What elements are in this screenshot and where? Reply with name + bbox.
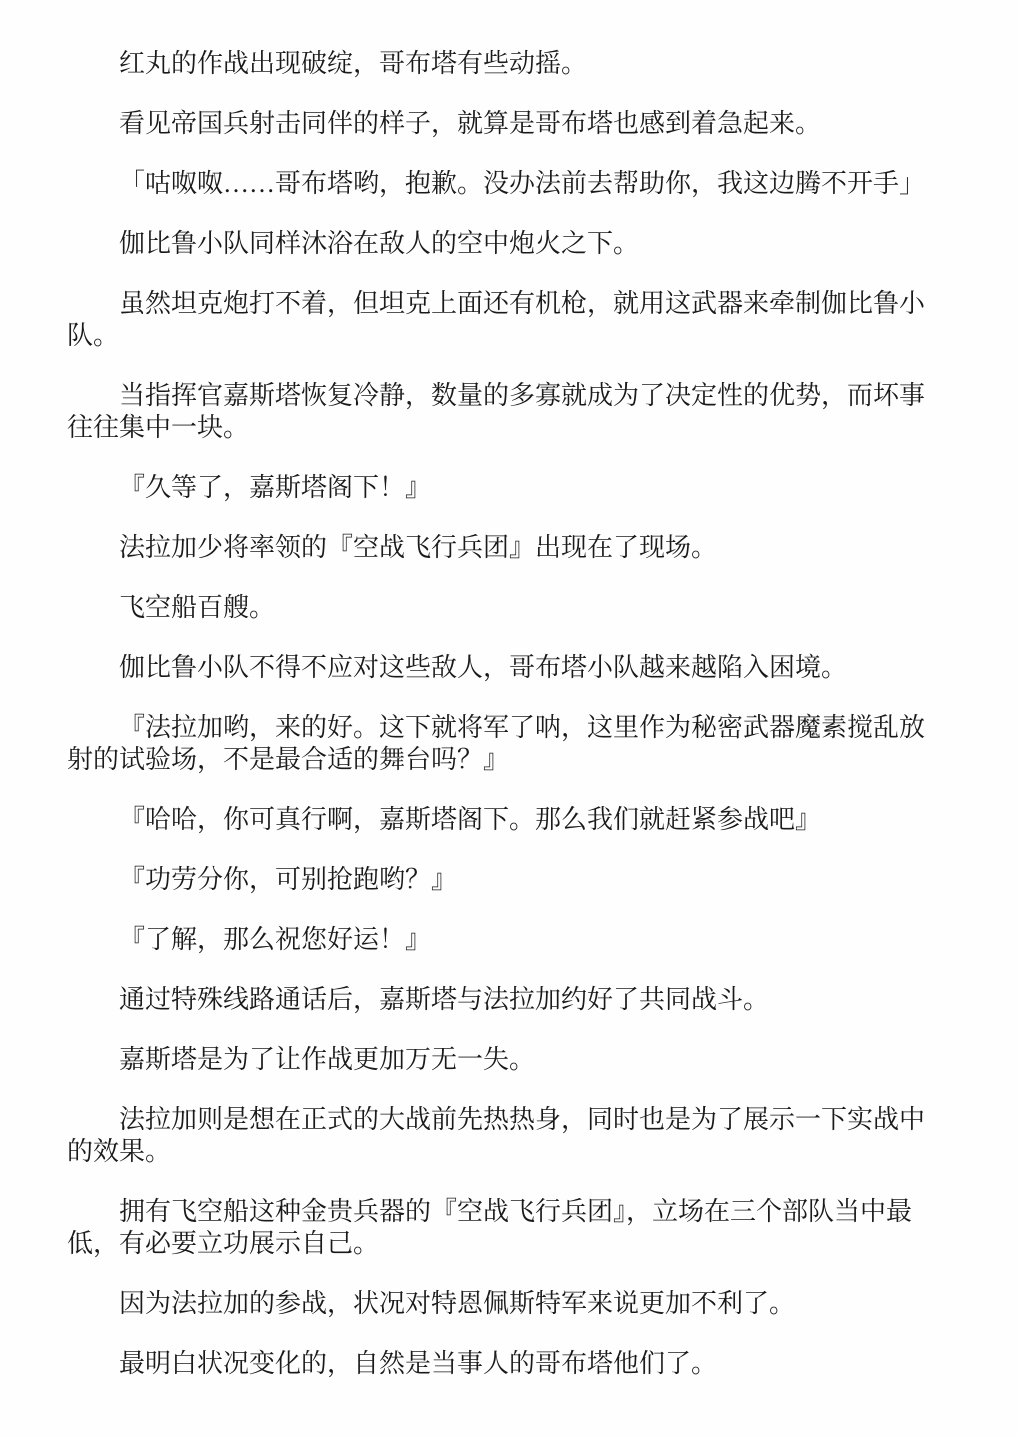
paragraph: 当指挥官嘉斯塔恢复冷静，数量的多寡就成为了决定性的优势，而坏事往往集中一块。 [67,380,939,444]
paragraph-dialogue: 「咕呶呶……哥布塔哟，抱歉。没办法前去帮助你，我这边腾不开手」 [67,168,939,200]
paragraph: 红丸的作战出现破绽，哥布塔有些动摇。 [67,48,939,80]
paragraph: 看见帝国兵射击同伴的样子，就算是哥布塔也感到着急起来。 [67,108,939,140]
paragraph: 法拉加则是想在正式的大战前先热热身，同时也是为了展示一下实战中的效果。 [67,1104,939,1168]
paragraph: 伽比鲁小队不得不应对这些敌人，哥布塔小队越来越陷入困境。 [67,652,939,684]
document-page: 红丸的作战出现破绽，哥布塔有些动摇。 看见帝国兵射击同伴的样子，就算是哥布塔也感… [0,0,1017,1437]
paragraph: 因为法拉加的参战，状况对特恩佩斯特军来说更加不利了。 [67,1288,939,1320]
paragraph-dialogue: 『久等了，嘉斯塔阁下！』 [67,472,939,504]
paragraph-dialogue: 『哈哈，你可真行啊，嘉斯塔阁下。那么我们就赶紧参战吧』 [67,804,939,836]
paragraph-dialogue: 『法拉加哟，来的好。这下就将军了呐，这里作为秘密武器魔素搅乱放射的试验场，不是最… [67,712,939,776]
paragraph: 飞空船百艘。 [67,592,939,624]
paragraph: 最明白状况变化的，自然是当事人的哥布塔他们了。 [67,1348,939,1380]
paragraph: 伽比鲁小队同样沐浴在敌人的空中炮火之下。 [67,228,939,260]
paragraph-dialogue: 『了解，那么祝您好运！』 [67,924,939,956]
paragraph: 虽然坦克炮打不着，但坦克上面还有机枪，就用这武器来牵制伽比鲁小队。 [67,288,939,352]
paragraph: 拥有飞空船这种金贵兵器的『空战飞行兵团』，立场在三个部队当中最低，有必要立功展示… [67,1196,939,1260]
paragraph: 法拉加少将率领的『空战飞行兵团』出现在了现场。 [67,532,939,564]
paragraph: 通过特殊线路通话后，嘉斯塔与法拉加约好了共同战斗。 [67,984,939,1016]
paragraph-dialogue: 『功劳分你，可别抢跑哟？』 [67,864,939,896]
paragraph: 嘉斯塔是为了让作战更加万无一失。 [67,1044,939,1076]
